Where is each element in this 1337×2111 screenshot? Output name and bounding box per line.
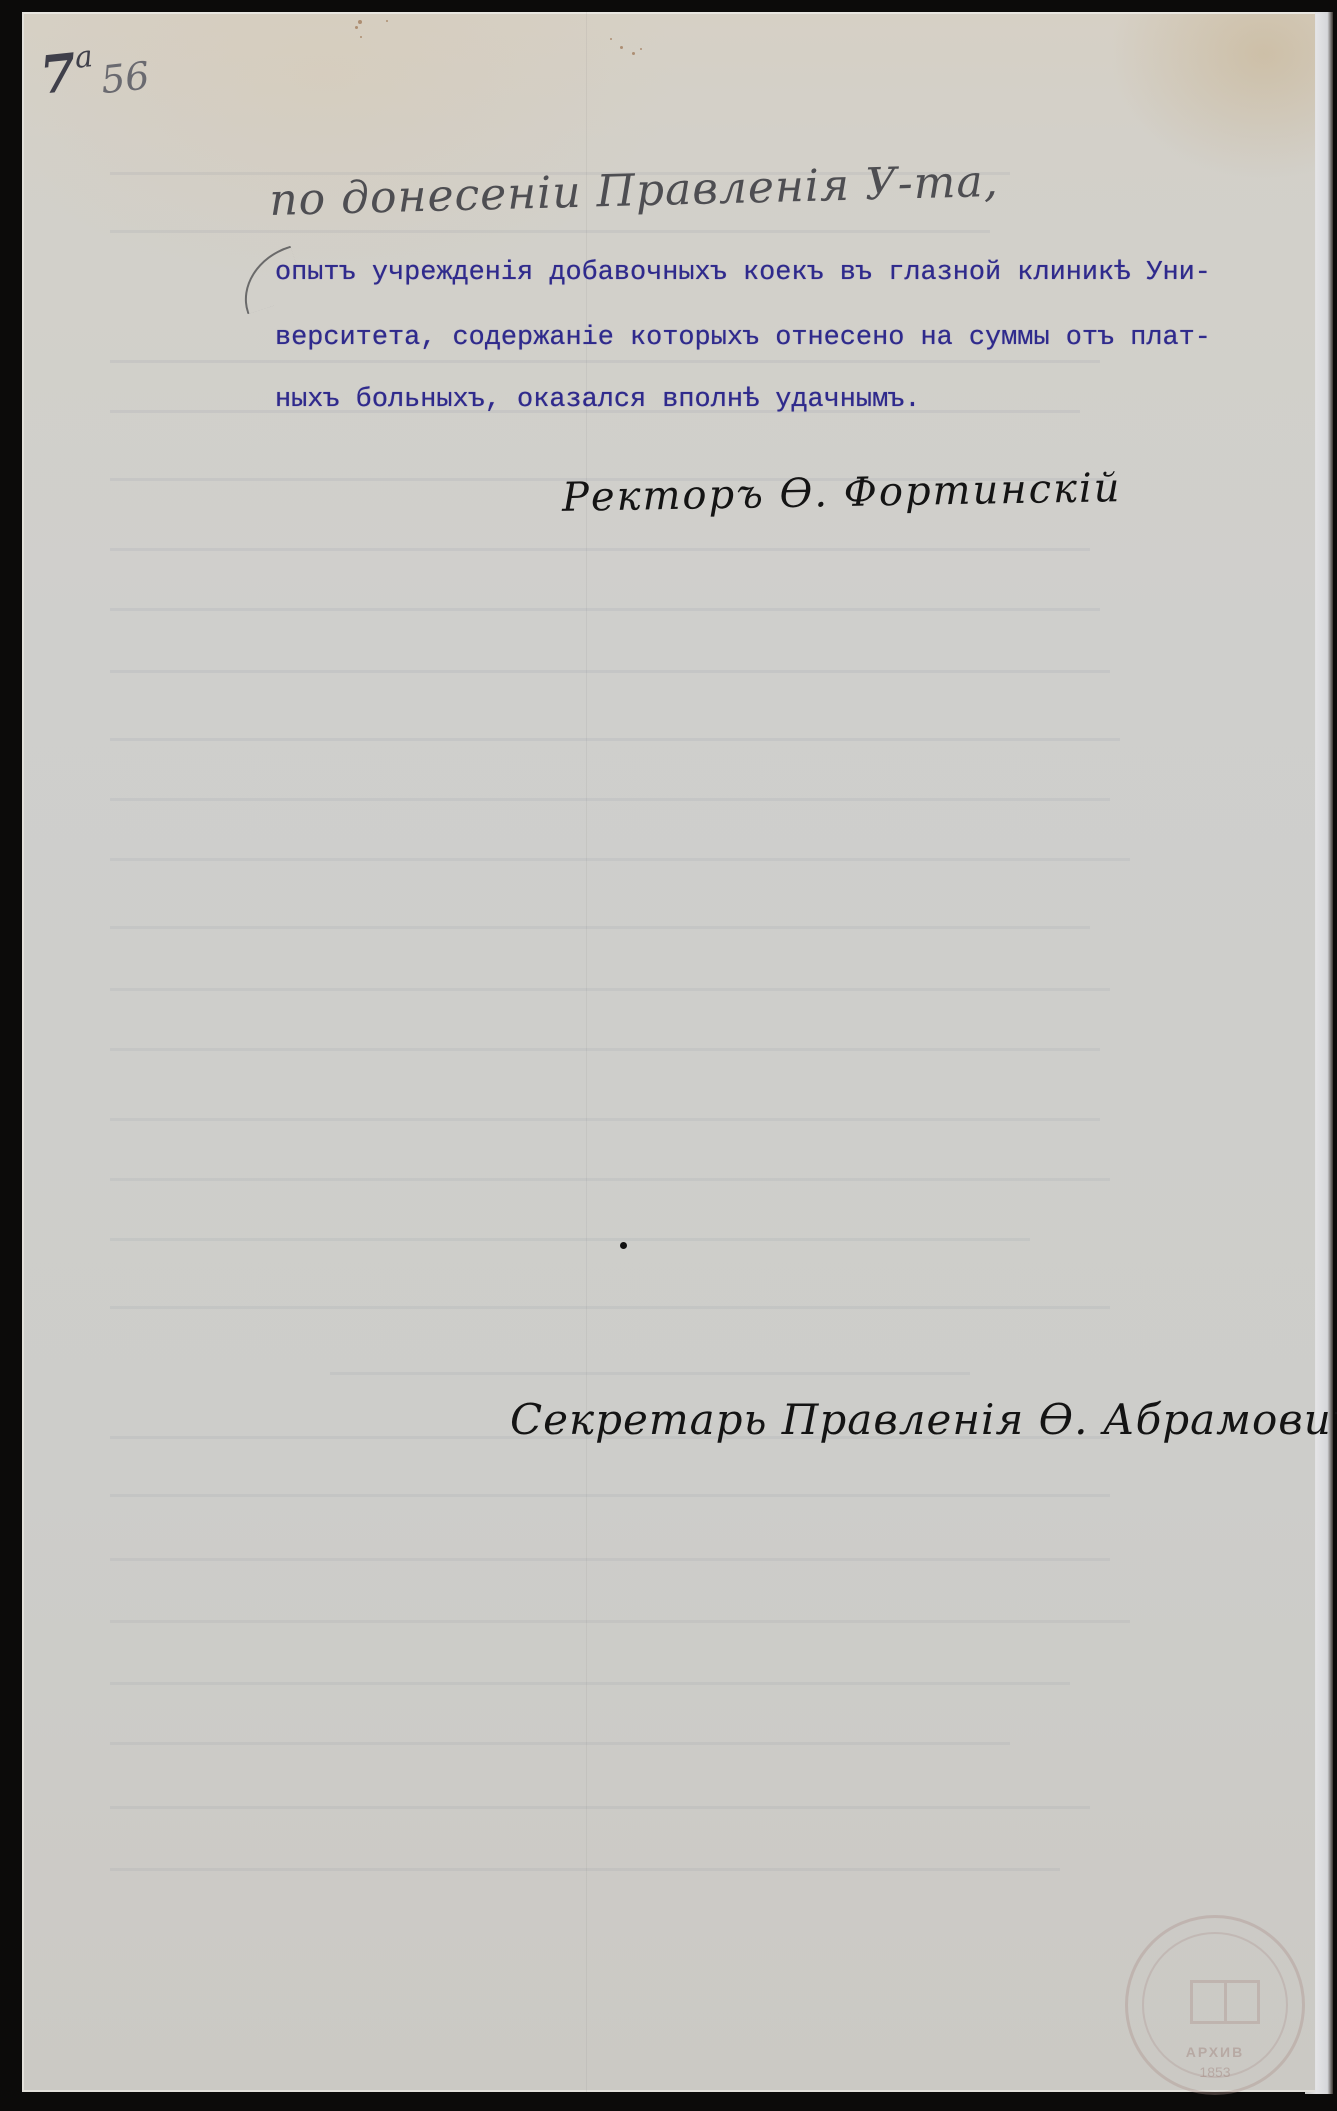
- typed-line-3: ныхъ больныхъ, оказался вполнѣ удачнымъ.: [275, 385, 1255, 415]
- open-book-icon: [1190, 1980, 1260, 2024]
- archive-sheet-number: 7а56: [37, 34, 151, 106]
- stamp-year: 1853: [1128, 2064, 1302, 2080]
- ink-dot: [620, 1242, 627, 1249]
- typed-line-2: верситета, содержаніе которыхъ отнесено …: [275, 323, 1255, 353]
- sheet-number-old: 56: [99, 53, 152, 102]
- archive-stamp: АРХИВ 1853: [1125, 1915, 1305, 2095]
- rector-signature: Ректоръ Ѳ. Фортинскій: [562, 465, 1122, 521]
- secretary-signature: Секретарь Правленія Ѳ. Абрамовичъ.: [510, 1395, 1337, 1444]
- typed-line-1: опытъ учрежденія добавочныхъ коекъ въ гл…: [275, 258, 1255, 288]
- stamp-text: АРХИВ: [1128, 2044, 1302, 2060]
- sheet-number-superscript: а: [73, 39, 94, 76]
